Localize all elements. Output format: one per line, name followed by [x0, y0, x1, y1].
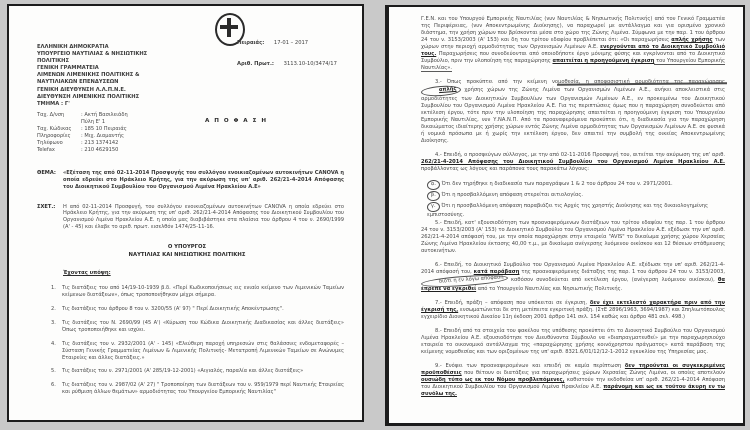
contact-row: Πύλη Ε' 1 — [37, 119, 187, 126]
text-run: χρήσης χώρων της Ζώνης Λιμένα των Οργανι… — [421, 87, 725, 144]
paragraph: 9.- Ενόψει των προαναφερομένων και επειδ… — [421, 363, 725, 398]
document-page-2: Γ.Ε.Ν. και του Υπουργού Εμπορικής Ναυτιλ… — [385, 5, 745, 426]
legal-basis-list: 1. Τις διατάξεις του από 14/19-10-1939 β… — [51, 285, 344, 396]
text-run: 4.- Επειδή, ο προσφεύγων σύλλογος, με τη… — [435, 152, 725, 158]
contact-label: Πληροφορίες — [37, 133, 81, 140]
text-run: ενσωματώνεται δε στη μετέπειτα εγκριτική… — [421, 307, 725, 320]
minister-subtitle: ΝΑΥΤΙΛΙΑΣ ΚΑΙ ΝΗΣΙΩΤΙΚΗΣ ΠΟΛΙΤΙΚΗΣ — [37, 251, 337, 259]
having-regard-heading: Έχοντας υπόψη: — [63, 270, 344, 276]
contact-value: : 213 1374142 — [81, 140, 118, 147]
text-run: Ότι η προσβαλλόμενη απόφαση στερείται αι… — [440, 192, 583, 198]
minister-title: Ο ΥΠΟΥΡΓΟΣ — [37, 243, 337, 251]
ministry-header: ΕΛΛΗΝΙΚΗ ΔΗΜΟΚΡΑΤΙΑ ΥΠΟΥΡΓΕΙΟ ΝΑΥΤΙΛΙΑΣ … — [37, 44, 215, 108]
pen-circled-text: α. — [427, 180, 441, 191]
city-date-label: Πειραιάς: — [237, 40, 264, 46]
contact-value: : Ακτή Βασιλειάδη — [81, 112, 128, 119]
document-page-1: ΕΛΛΗΝΙΚΗ ΔΗΜΟΚΡΑΤΙΑ ΥΠΟΥΡΓΕΙΟ ΝΑΥΤΙΛΙΑΣ … — [7, 4, 364, 422]
ministry-line: ΛΙΜΕΝΩΝ ΛΙΜΕΝΙΚΗΣ ΠΟΛΙΤΙΚΗΣ & — [37, 72, 215, 79]
contact-label: Telefax — [37, 147, 81, 154]
city-date: Πειραιάς: 17-01 – 2017 — [237, 40, 337, 46]
paragraph: 4.- Επειδή, ο προσφεύγων σύλλογος, με τη… — [421, 152, 725, 173]
paragraph: β. Ότι η προσβαλλόμενη απόφαση στερείται… — [427, 191, 725, 201]
reference-text: Η από 02-11-2014 Προσφυγή, του συλλόγου … — [63, 204, 344, 232]
list-item: 1. Τις διατάξεις του από 14/19-10-1939 β… — [51, 285, 344, 299]
paragraph: 6.- Επειδή, το Διοικητικό Συμβούλιο του … — [421, 262, 725, 293]
text-run: Ότι δεν τηρήθηκε η διαδικασία των παραγρ… — [440, 181, 673, 187]
contact-label: Τηλέφωνο — [37, 140, 81, 147]
contact-value: : 185 10 Πειραιάς — [81, 126, 127, 133]
item-text: Τις διατάξεις του ν. 2971/2001 (Α' 285/1… — [62, 368, 344, 375]
emphasized-text: απαιτείται η προηγούμενη έγκριση — [553, 58, 655, 64]
city-date-value: 17-01 – 2017 — [274, 40, 308, 46]
reference-label: ΣΧΕΤ.: — [37, 204, 63, 232]
paragraph: γ. Ότι η προσβαλλόμενη απόφαση παραβιάζε… — [427, 202, 725, 219]
item-text: Τις διατάξεις του άρθρου 8 του ν. 3200/5… — [62, 306, 344, 313]
text-run: προβάλλοντας ως λόγους και παράπονα τους… — [421, 166, 589, 172]
paragraph: 5.- Επειδή, κατ' εξουσιοδότηση των προαν… — [421, 220, 725, 255]
emphasized-text: απλής χρήσης — [671, 37, 712, 43]
contact-label: Ταχ. Δ/νση — [37, 112, 81, 119]
emblem-cross — [220, 25, 238, 29]
ministry-line: ΓΕΝΙΚΗ ΓΡΑΜΜΑΤΕΙΑ — [37, 65, 215, 72]
text-run: καθόσον συνοδεύεται από εκτέλεση έργου, … — [508, 277, 718, 283]
text-run: 8.- Επειδή από τα στοιχεία του φακέλου τ… — [421, 328, 725, 355]
pen-circled-text: β. — [427, 191, 441, 202]
text-run: από το Υπουργείο Ναυτιλίας και Νησιωτική… — [476, 286, 622, 292]
emphasized-text: 262/21-4-2014 Απόφασης του Διοικητικού Σ… — [421, 159, 725, 165]
contact-value: : 210 4629150 — [81, 147, 118, 154]
ministry-line: ΤΜΗΜΑ : Γ' — [37, 101, 215, 108]
text-run: Ότι η προσβαλλόμενη απόφαση παραβιάζει τ… — [427, 203, 708, 218]
item-number: 1. — [51, 285, 62, 299]
contact-row: Τηλέφωνο : 213 1374142 — [37, 140, 187, 147]
item-number: 3. — [51, 320, 62, 334]
item-text: Τις διατάξεις του ν. 2932/2001 (Α' - 145… — [62, 341, 344, 362]
document-meta: Πειραιάς: 17-01 – 2017 Αριθ. Πρωτ.: 3113… — [237, 40, 337, 82]
protocol-value: 3113.10-10/3474/17 — [284, 61, 337, 67]
item-text: Τις διατάξεις του ν. 2987/02 (Α' 27) " Τ… — [62, 382, 344, 396]
paragraph: 8.- Επειδή από τα στοιχεία του φακέλου τ… — [421, 328, 725, 356]
list-item: 2. Τις διατάξεις του άρθρου 8 του ν. 320… — [51, 306, 344, 313]
paragraph: 7.- Επειδή, πράξη – απόφαση που υπόκειτα… — [421, 300, 725, 321]
subject-text: «Εξέταση της από 02-11-2014 Προσφυγής το… — [63, 170, 344, 191]
paragraph: α. Ότι δεν τηρήθηκε η διαδικασία των παρ… — [427, 180, 725, 190]
paragraph: Γ.Ε.Ν. και του Υπουργού Εμπορικής Ναυτιλ… — [421, 16, 725, 72]
subject-block: ΘΕΜΑ: «Εξέταση της από 02-11-2014 Προσφυ… — [37, 170, 344, 191]
pen-circled-text: γ. — [427, 202, 440, 213]
item-text: Τις διατάξεις του από 14/19-10-1939 β.δ.… — [62, 285, 344, 299]
ministry-line: ΝΑΥΤΙΛΙΑΚΩΝ ΕΠΕΝΔΥΣΕΩΝ — [37, 79, 215, 86]
item-number: 5. — [51, 368, 62, 375]
minister-heading: Ο ΥΠΟΥΡΓΟΣ ΝΑΥΤΙΛΙΑΣ ΚΑΙ ΝΗΣΙΩΤΙΚΗΣ ΠΟΛΙ… — [37, 243, 337, 259]
ministry-line: ΥΠΟΥΡΓΕΙΟ ΝΑΥΤΙΛΙΑΣ & ΝΗΣΙΩΤΙΚΗΣ — [37, 51, 215, 58]
emphasized-text: ουσιώδη τύπο ως εκ του Νόμου προβλεπόμεν… — [421, 377, 565, 383]
protocol-label: Αριθ. Πρωτ.: — [237, 61, 274, 67]
scanned-document-viewer: { "page1": { "ministry_lines": [ "ΕΛΛΗΝΙ… — [0, 0, 750, 430]
reference-block: ΣΧΕΤ.: Η από 02-11-2014 Προσφυγή, του συ… — [37, 204, 344, 232]
ministry-line: ΠΟΛΙΤΙΚΗΣ — [37, 58, 215, 65]
contact-label — [37, 119, 81, 126]
ministry-line: ΔΙΕΥΘΥΝΣΗ ΛΙΜΕΝΙΚΗΣ ΠΟΛΙΤΙΚΗΣ — [37, 94, 215, 101]
contact-value: Πύλη Ε' 1 — [81, 119, 105, 126]
list-item: 4. Τις διατάξεις του ν. 2932/2001 (Α' - … — [51, 341, 344, 362]
list-item: 3. Τις διατάξεις του Ν. 2690/99 (45 Α') … — [51, 320, 344, 334]
ministry-line: ΕΛΛΗΝΙΚΗ ΔΗΜΟΚΡΑΤΙΑ — [37, 44, 215, 51]
ministry-line: ΓΕΝΙΚΗ ΔΙΕΥΘΥΝΣΗ Λ.Λ.Π.Ν.Ε. — [37, 87, 215, 94]
item-number: 2. — [51, 306, 62, 313]
item-number: 4. — [51, 341, 62, 362]
list-item: 5. Τις διατάξεις του ν. 2971/2001 (Α' 28… — [51, 368, 344, 375]
protocol-number: Αριθ. Πρωτ.: 3113.10-10/3474/17 — [237, 61, 337, 67]
item-text: Τις διατάξεις του Ν. 2690/99 (45 Α') «Κύ… — [62, 320, 344, 334]
contact-label: Ταχ. Κώδικας — [37, 126, 81, 133]
item-number: 6. — [51, 382, 62, 396]
contact-value: : Μιχ. Διαμαντής — [81, 133, 124, 140]
contact-row: Ταχ. Δ/νση : Ακτή Βασιλειάδη — [37, 112, 187, 119]
greek-coat-of-arms-icon — [211, 13, 247, 43]
contact-block: Ταχ. Δ/νση : Ακτή Βασιλειάδη Πύλη Ε' 1 Τ… — [37, 112, 187, 154]
subject-label: ΘΕΜΑ: — [37, 170, 63, 191]
text-run: 9.- Ενόψει των προαναφερομένων και επειδ… — [435, 363, 625, 369]
text-run: 7.- Επειδή, πράξη – απόφαση που υπόκειτα… — [435, 300, 590, 306]
text-run: που θέτουν οι διατάξεις για παραχωρήσεις… — [462, 370, 725, 376]
list-item: 6. Τις διατάξεις του ν. 2987/02 (Α' 27) … — [51, 382, 344, 396]
contact-row: Ταχ. Κώδικας : 185 10 Πειραιάς — [37, 126, 187, 133]
contact-row: Telefax : 210 4629150 — [37, 147, 187, 154]
contact-row: Πληροφορίες : Μιχ. Διαμαντής — [37, 133, 187, 140]
decision-heading: Α Π Ο Φ Α Σ Η — [205, 118, 268, 124]
text-run: 5.- Επειδή, κατ' εξουσιοδότηση των προαν… — [421, 220, 725, 254]
decision-body: Γ.Ε.Ν. και του Υπουργού Εμπορικής Ναυτιλ… — [421, 16, 725, 398]
text-run: της προαναφερόμενης διάταξης της παρ. 1 … — [519, 269, 725, 275]
paragraph: 3.- Όπως προκύπτει από την κείμενη νομοθ… — [421, 79, 725, 145]
